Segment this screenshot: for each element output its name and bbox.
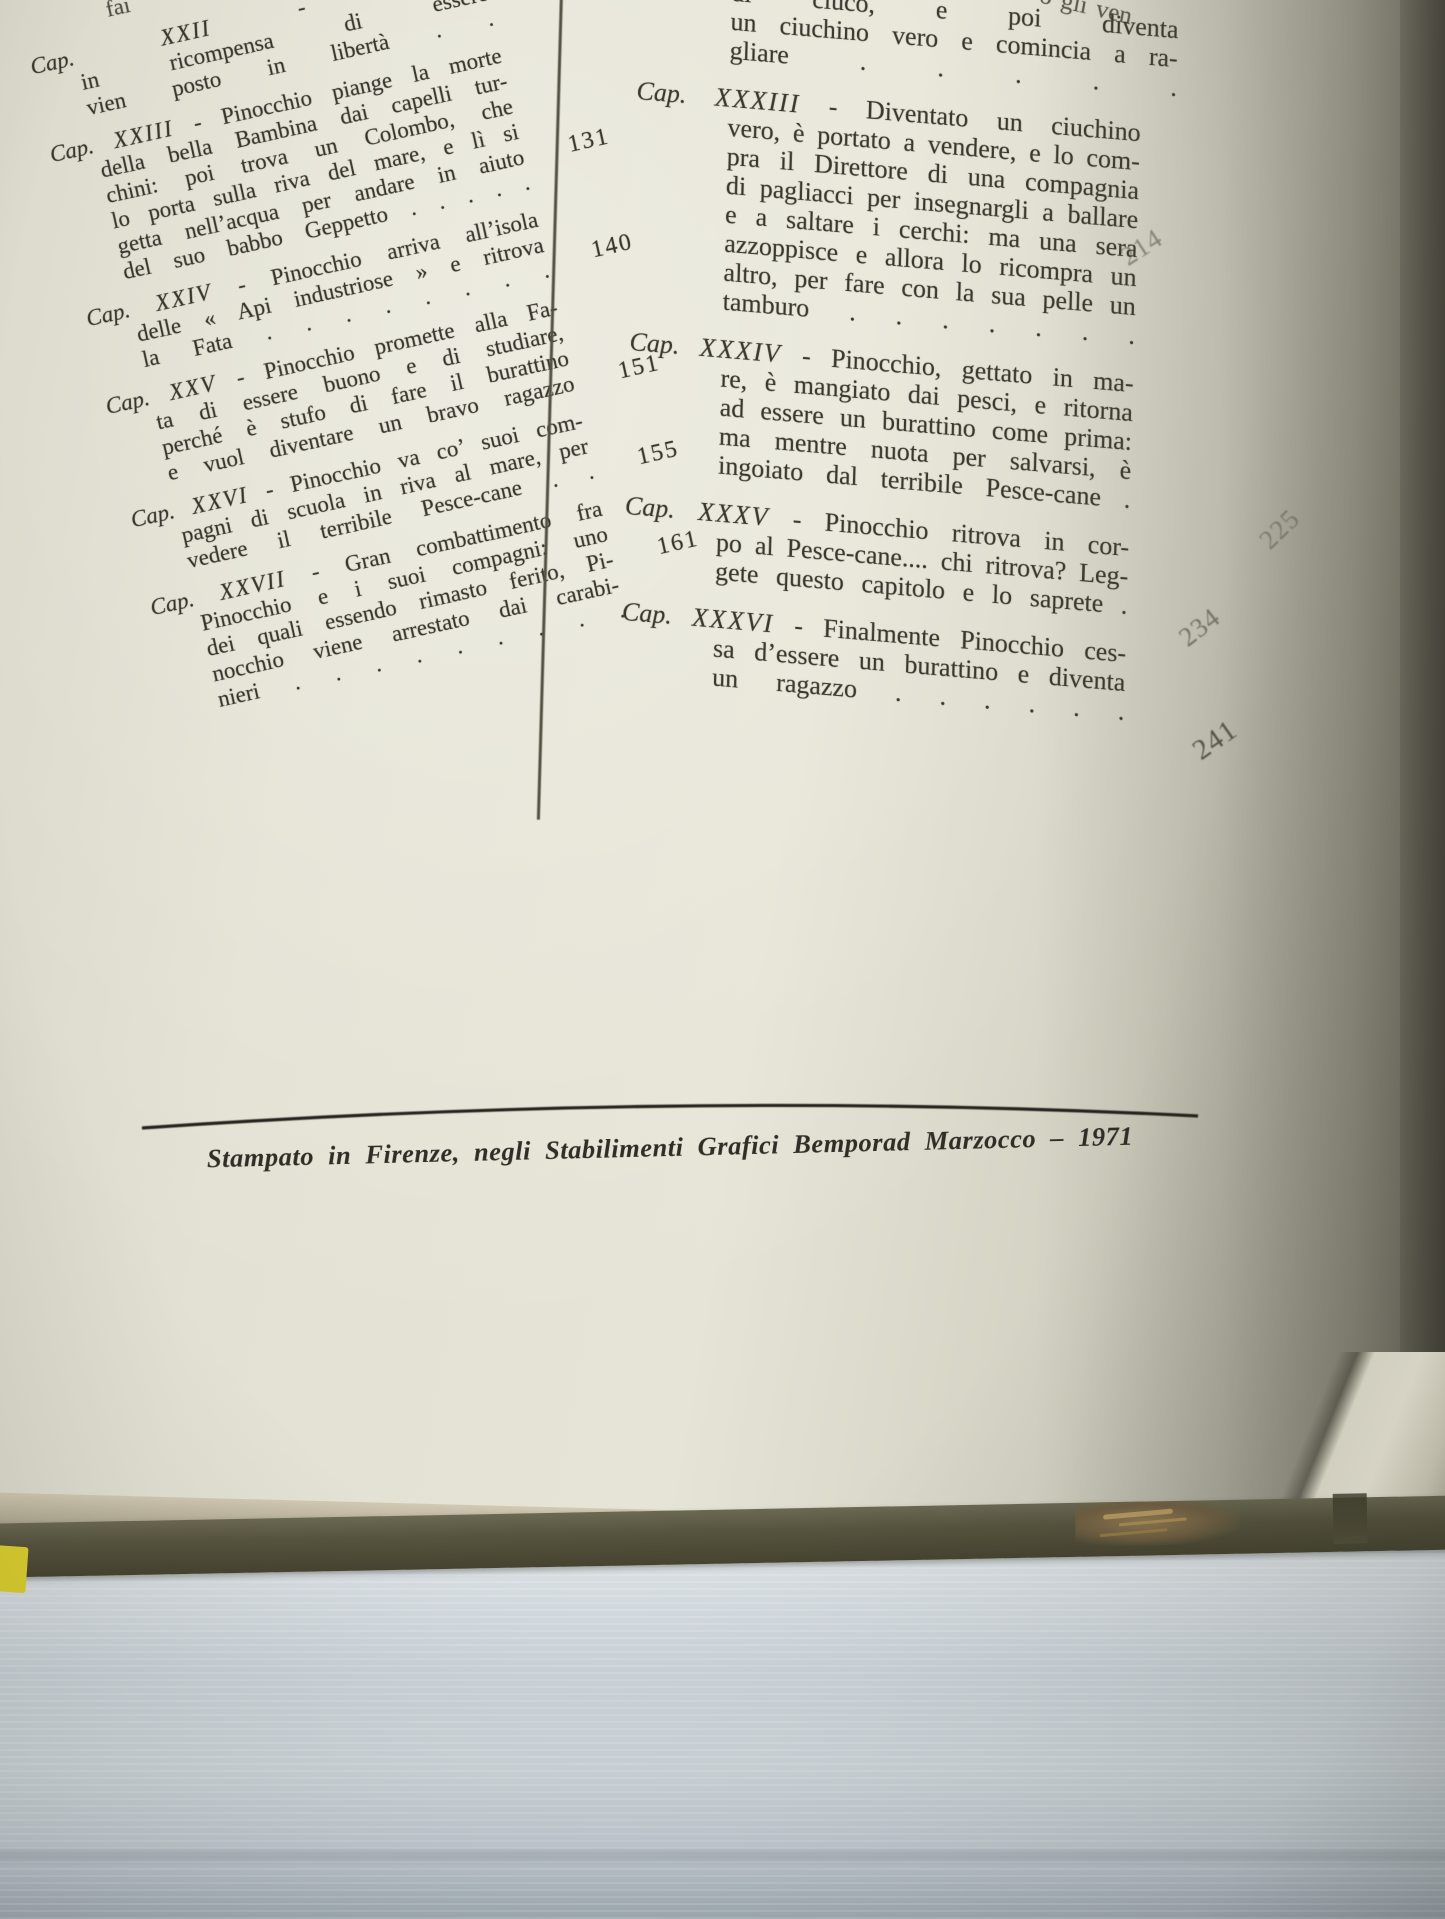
cover-worn-spot xyxy=(1075,1500,1241,1547)
chapter-cap-label: Cap. xyxy=(629,327,680,360)
shelf-sticker xyxy=(0,1545,29,1593)
chapter-cap-label: Cap. xyxy=(625,491,676,524)
cover-notch xyxy=(1333,1493,1368,1544)
chapter-cap-label: Cap. xyxy=(636,76,687,109)
table-surface xyxy=(0,1518,1445,1919)
book-edge-shadow xyxy=(1400,0,1445,1522)
chapter-roman-numeral: XXXV xyxy=(698,497,770,532)
chapter-cap-label: Cap. xyxy=(622,597,673,630)
entry-page-number: 140 xyxy=(535,188,636,273)
entry-page-number xyxy=(479,0,582,31)
imprint-block: Stampato in Firenze, negli Stabilimenti … xyxy=(130,1084,1210,1163)
book-photo: fai Cap. XXII - Pinocchioin ricompensa d… xyxy=(0,0,1445,1919)
gutter-shadow xyxy=(1035,0,1445,1535)
